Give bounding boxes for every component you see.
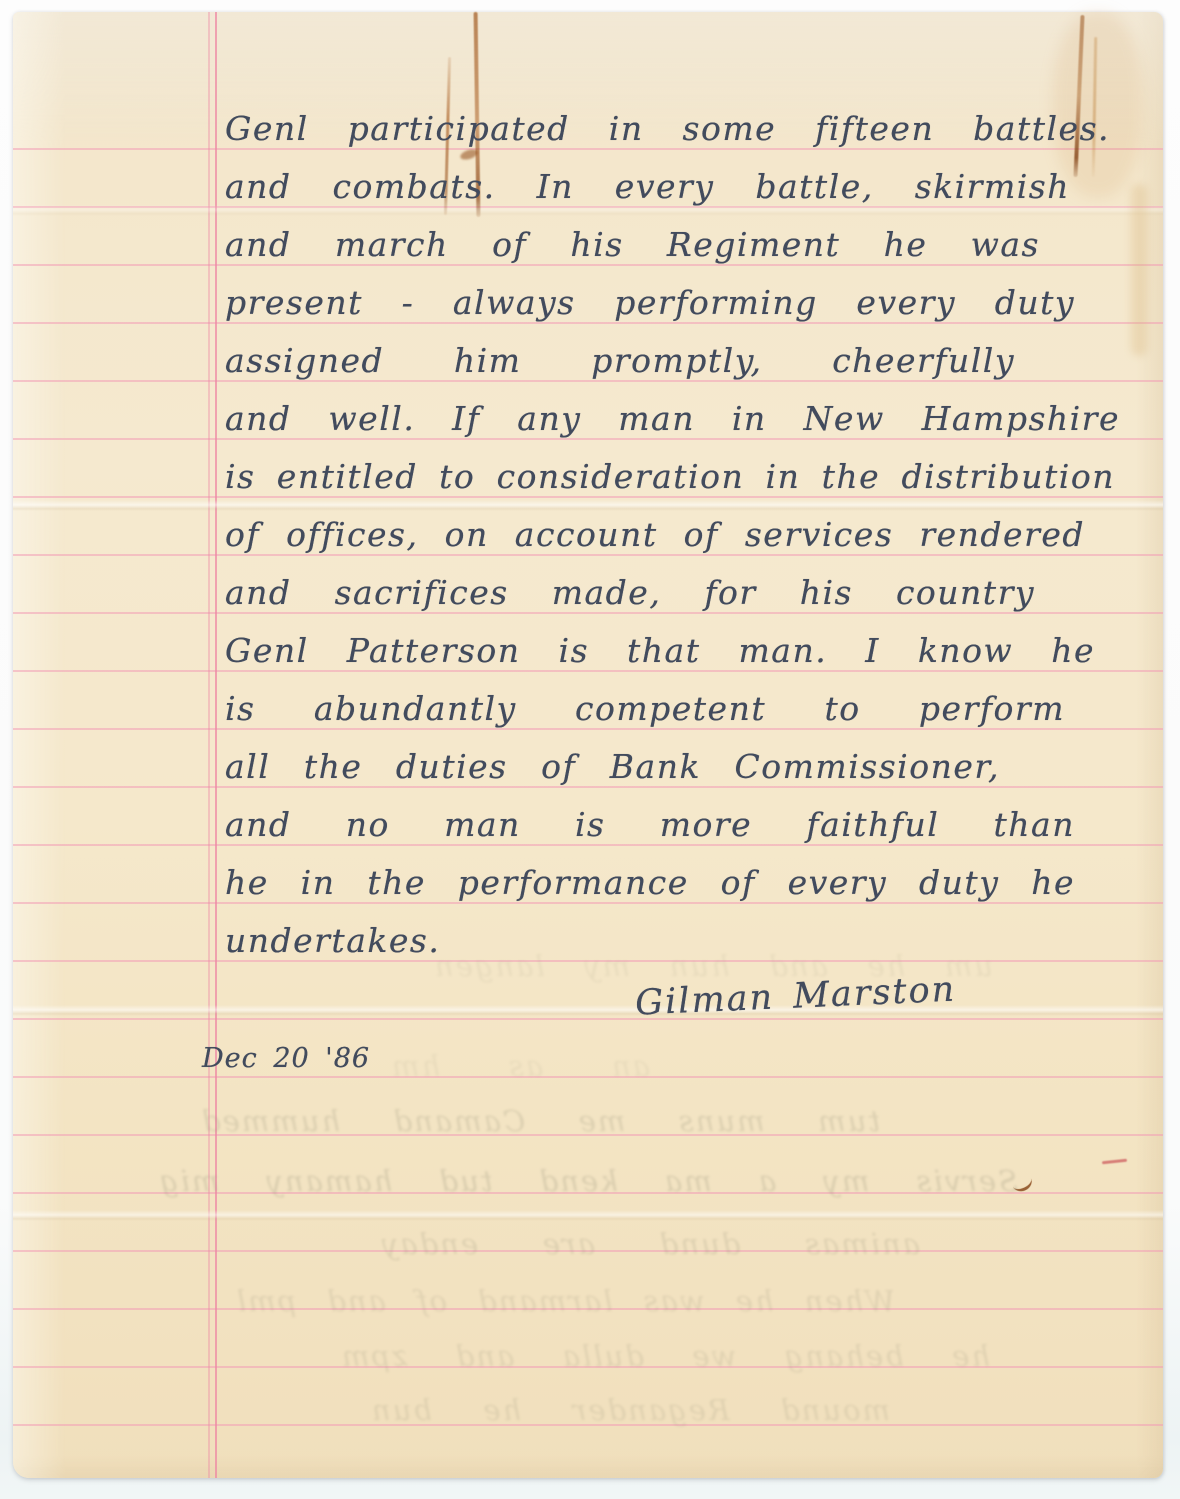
margin-line-inner: [215, 12, 217, 1478]
handwriting-line: and combats. In every battle, skirmish: [225, 166, 1070, 208]
handwriting-line: and no man is more faithful than: [225, 804, 1075, 846]
date-line: Dec 20 '86: [202, 1038, 370, 1080]
bleedthrough-line: When he was larmand of and pml: [235, 1283, 895, 1319]
handwriting-line: and march of his Regiment he was: [225, 224, 1040, 266]
bleedthrough-line: an as hm: [390, 1048, 650, 1084]
handwriting-line: Genl Patterson is that man. I know he: [225, 630, 1095, 672]
tan-streak-right-edge: [1131, 184, 1147, 356]
bleedthrough-line: he behang we dulla and zpm: [340, 1338, 990, 1374]
handwriting-line: and well. If any man in New Hampshire: [225, 398, 1120, 440]
handwriting-line: present - always performing every duty: [225, 282, 1075, 324]
bleedthrough-line: mound Regander he bun: [370, 1392, 890, 1428]
fold-crease-bottom: [13, 1210, 1163, 1221]
fold-crease-upper: [13, 500, 1163, 511]
handwriting-line: undertakes.: [225, 920, 440, 962]
handwriting-line: assigned him promptly, cheerfully: [225, 340, 1015, 382]
bleedthrough-line: Servis my a ma kend tud hamany mig: [158, 1163, 1018, 1199]
handwriting-line: and sacrifices made, for his country: [225, 572, 1035, 614]
handwriting-line: Genl participated in some fifteen battle…: [225, 108, 1110, 150]
bleedthrough-line: animas dund are enday: [380, 1226, 920, 1262]
handwriting-line: all the duties of Bank Commissioner,: [225, 746, 1000, 788]
bleedthrough-line: tum muns me Camand hummed: [200, 1103, 880, 1139]
handwriting-line: is abundantly competent to perform: [225, 688, 1065, 730]
red-dash-mark: [1102, 1159, 1127, 1165]
rust-crescent-mark: [1009, 1171, 1034, 1195]
rust-stain-top-right: [1073, 15, 1084, 177]
margin-line-outer: [208, 12, 210, 1478]
handwriting-line: he in the performance of every duty he: [225, 862, 1075, 904]
letter-page-scan: um he and hun my langen an as hm tum mun…: [13, 12, 1163, 1478]
signature: Gilman Marston: [634, 963, 1075, 1024]
handwriting-line: is entitled to consideration in the dist…: [225, 456, 1115, 498]
handwriting-line: of offices, on account of services rende…: [225, 514, 1085, 556]
rust-stain-top-right-faint: [1092, 37, 1097, 177]
